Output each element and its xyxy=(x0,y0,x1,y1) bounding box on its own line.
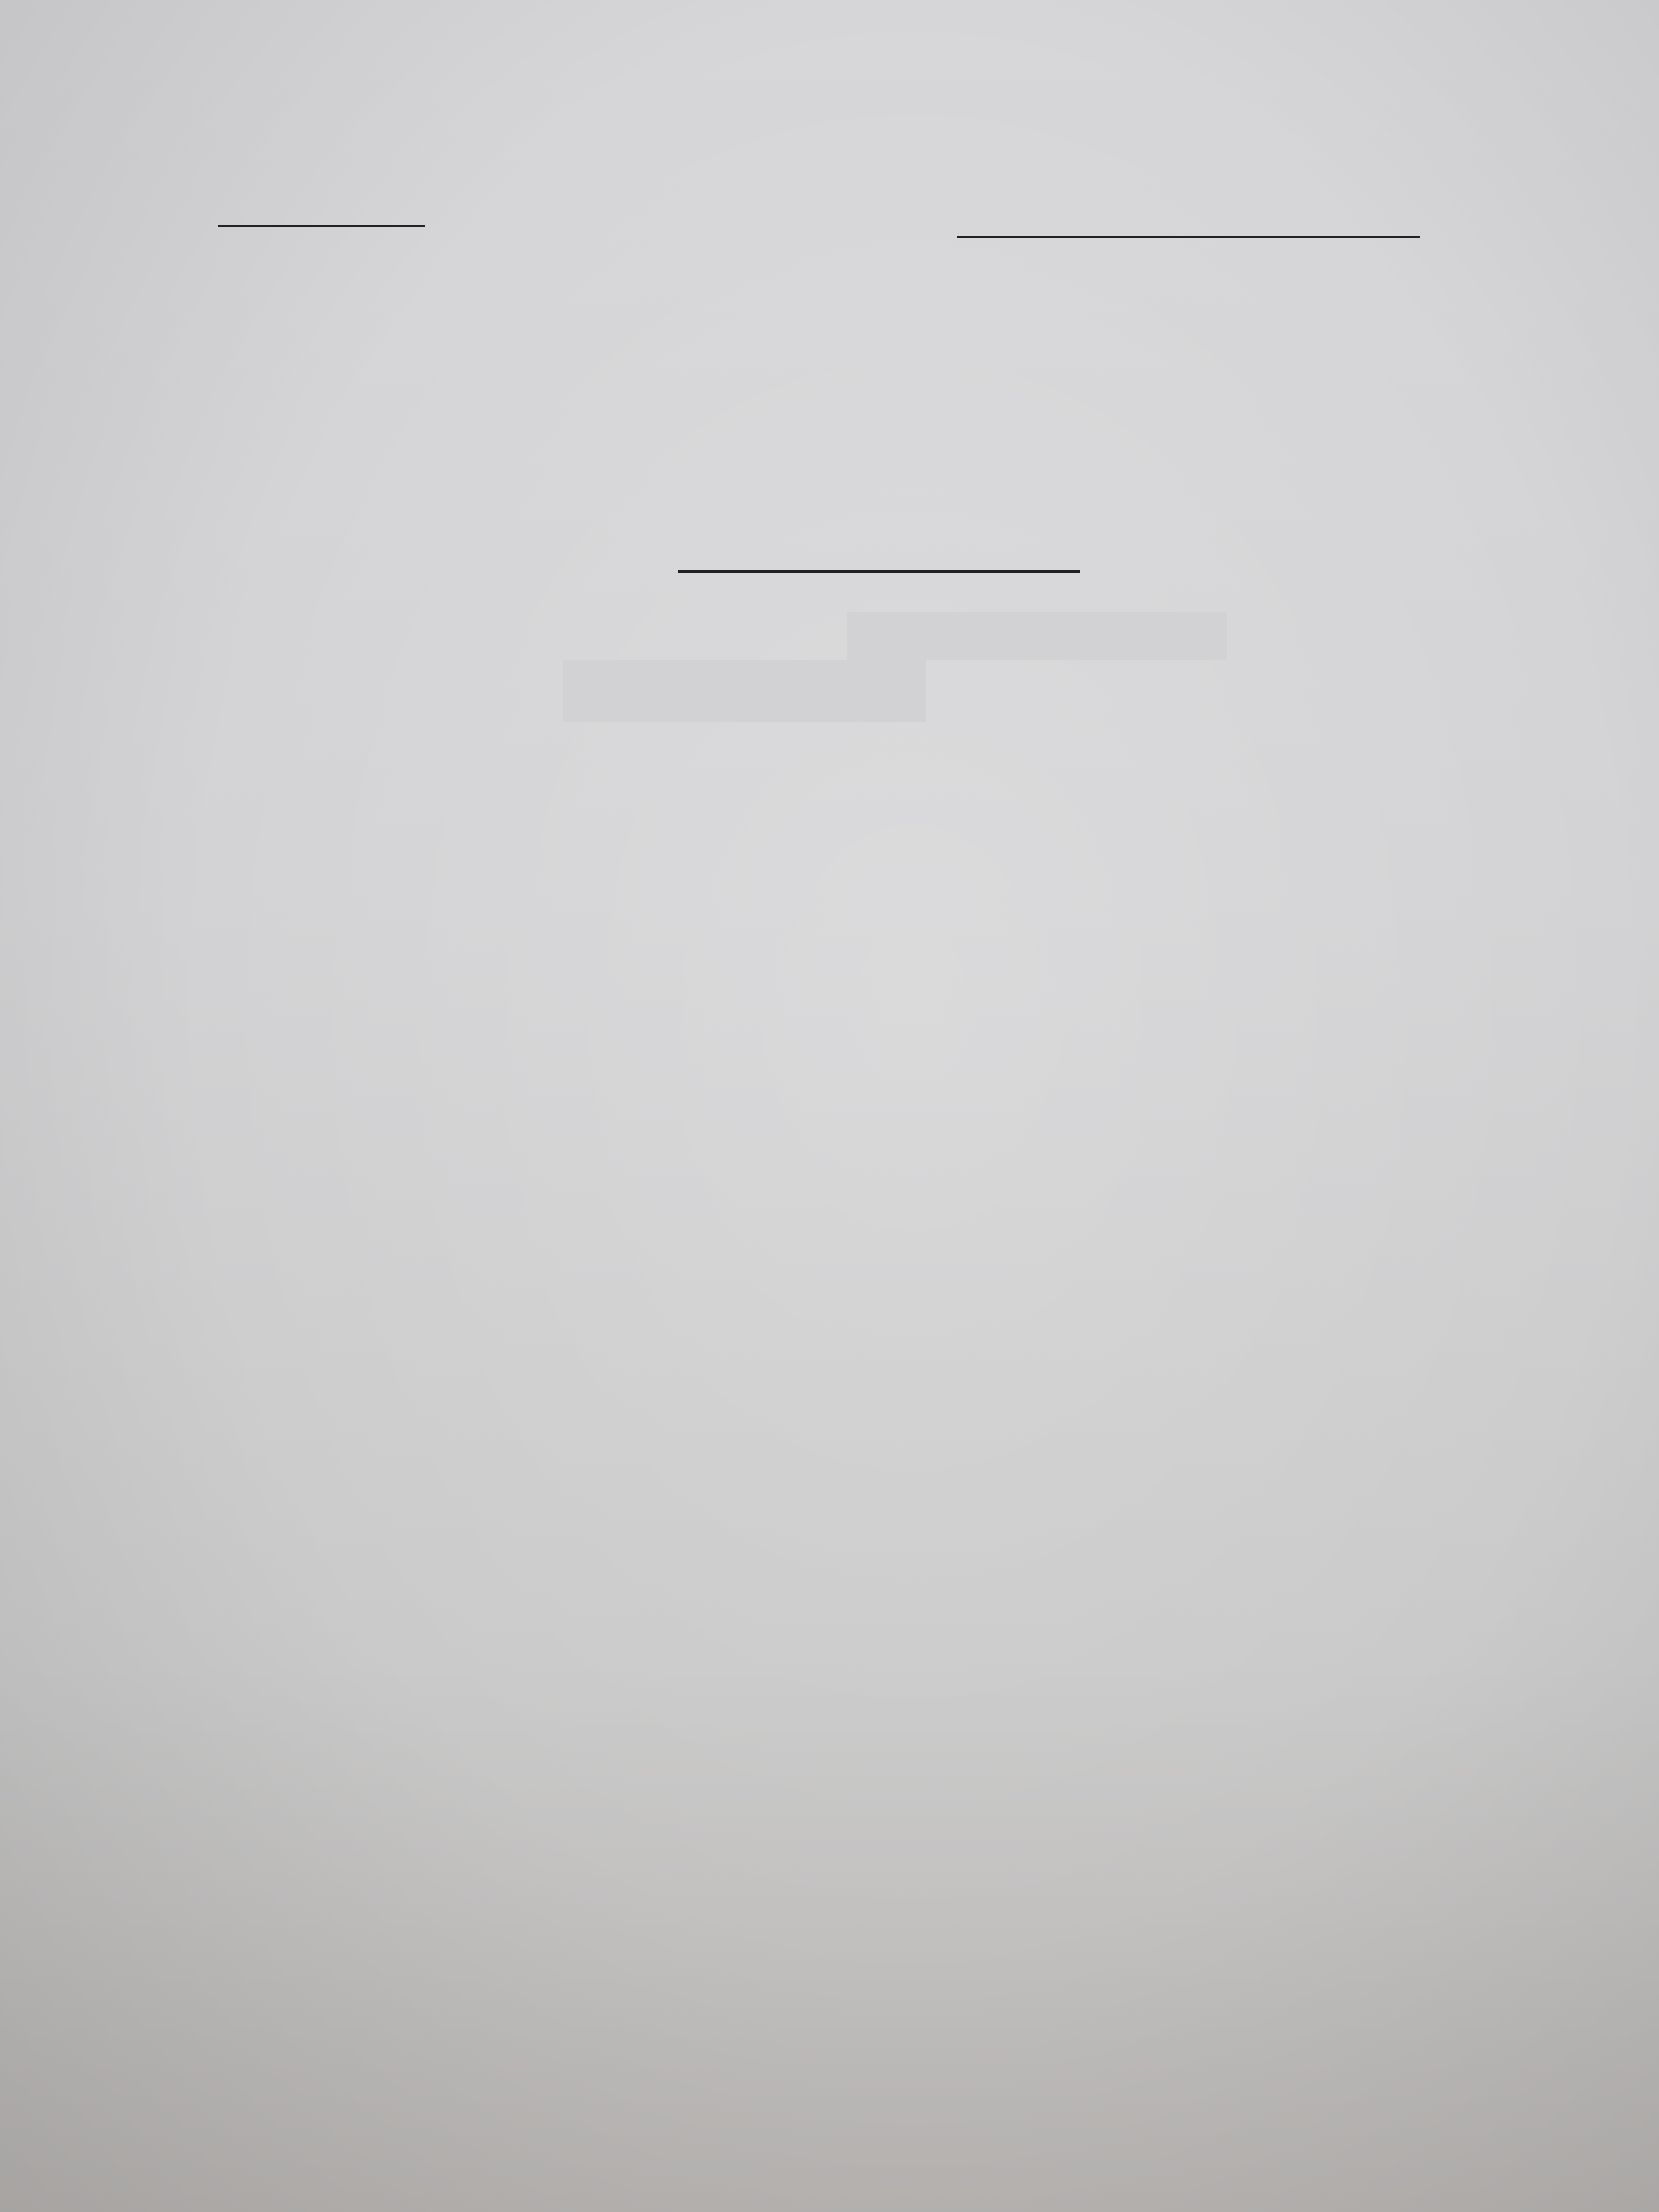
redacted-recipient-name xyxy=(847,612,1227,660)
motto-underline xyxy=(957,236,1420,238)
paper-shading xyxy=(0,0,1659,2212)
title-underline xyxy=(678,570,1080,573)
agency-underline xyxy=(218,225,425,227)
redacted-recipient-address xyxy=(563,660,926,722)
